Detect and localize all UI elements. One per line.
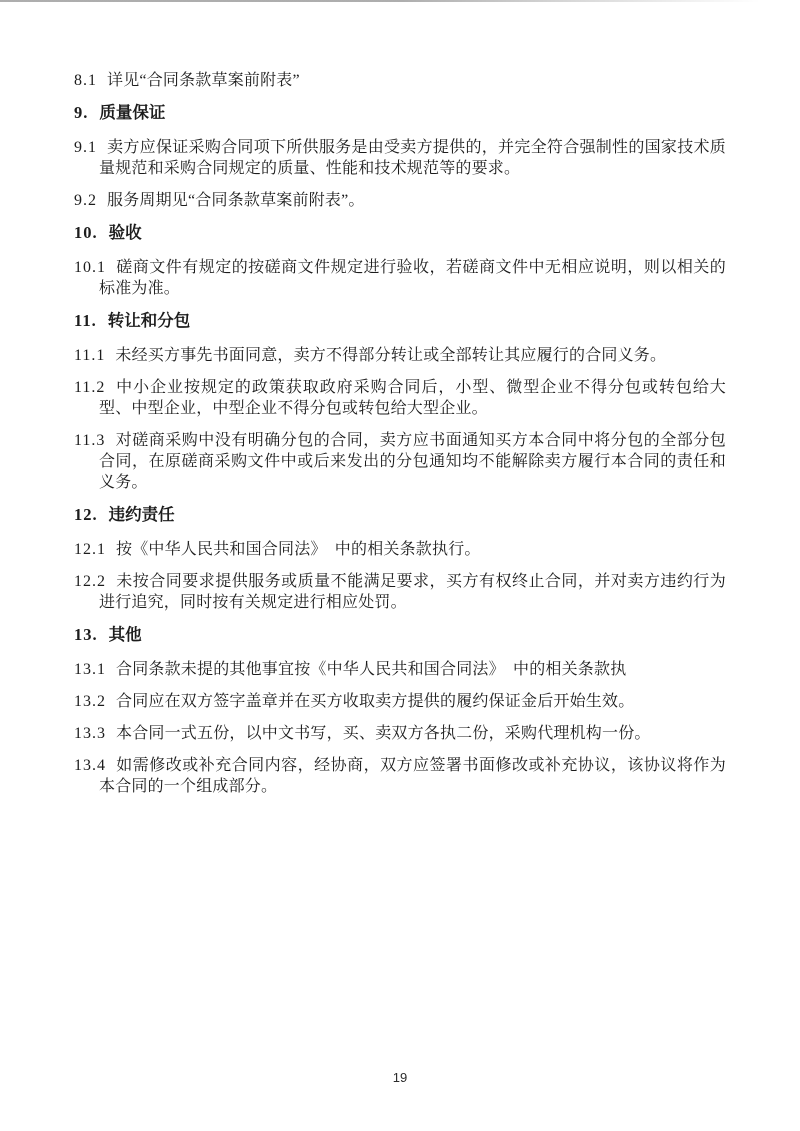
clause-text: 卖方应保证采购合同项下所供服务是由受卖方提供的，并完全符合强制性的国家技术质量规… xyxy=(99,139,726,177)
clause-number: 13.1 xyxy=(74,661,106,678)
contract-terms-content: 8.1详见“合同条款草案前附表”9.质量保证9.1卖方应保证采购合同项下所供服务… xyxy=(74,70,726,808)
clause-number: 13.2 xyxy=(74,693,106,710)
clause-number: 9.1 xyxy=(74,139,97,156)
contract-clause: 9.2服务周期见“合同条款草案前附表”。 xyxy=(74,190,726,211)
contract-clause: 13.3本合同一式五份，以中文书写，买、卖双方各执二份，采购代理机构一份。 xyxy=(74,723,726,744)
section-heading: 11.转让和分包 xyxy=(74,310,726,332)
contract-clause: 13.4如需修改或补充合同内容，经协商，双方应签署书面修改或补充协议，该协议将作… xyxy=(74,755,726,797)
clause-number: 12.1 xyxy=(74,541,106,558)
clause-number: 10.1 xyxy=(74,259,106,276)
section-heading: 10.验收 xyxy=(74,222,726,244)
clause-number: 8.1 xyxy=(74,72,97,89)
clause-text: 对磋商采购中没有明确分包的合同，卖方应书面通知买方本合同中将分包的全部分包合同，… xyxy=(99,432,726,491)
clause-text: 按《中华人民共和国合同法》 中的相关条款执行。 xyxy=(116,541,481,558)
clause-number: 9.2 xyxy=(74,192,97,209)
clause-text: 服务周期见“合同条款草案前附表”。 xyxy=(107,192,365,209)
clause-text: 未经买方事先书面同意，卖方不得部分转让或全部转让其应履行的合同义务。 xyxy=(115,347,666,364)
scan-edge-artifact xyxy=(0,0,800,2)
section-title: 转让和分包 xyxy=(108,312,191,330)
clause-text: 磋商文件有规定的按磋商文件规定进行验收，若磋商文件中无相应说明，则以相关的标准为… xyxy=(99,259,726,297)
clause-text: 如需修改或补充合同内容，经协商，双方应签署书面修改或补充协议，该协议将作为本合同… xyxy=(99,757,726,795)
section-heading: 9.质量保证 xyxy=(74,102,726,124)
clause-number: 12.2 xyxy=(74,573,106,590)
clause-text: 详见“合同条款草案前附表” xyxy=(107,72,300,89)
clause-text: 中小企业按规定的政策获取政府采购合同后，小型、微型企业不得分包或转包给大型、中型… xyxy=(99,379,726,417)
contract-clause: 11.2中小企业按规定的政策获取政府采购合同后，小型、微型企业不得分包或转包给大… xyxy=(74,377,726,419)
clause-number: 11.2 xyxy=(74,379,105,396)
clause-text: 本合同一式五份，以中文书写，买、卖双方各执二份，采购代理机构一份。 xyxy=(116,725,651,742)
contract-document-page: 8.1详见“合同条款草案前附表”9.质量保证9.1卖方应保证采购合同项下所供服务… xyxy=(0,0,800,1131)
section-title: 质量保证 xyxy=(99,104,165,122)
contract-clause: 9.1卖方应保证采购合同项下所供服务是由受卖方提供的，并完全符合强制性的国家技术… xyxy=(74,137,726,179)
page-number: 19 xyxy=(393,1070,407,1085)
contract-clause: 8.1详见“合同条款草案前附表” xyxy=(74,70,726,91)
section-title: 违约责任 xyxy=(109,506,175,524)
clause-text: 合同条款未提的其他事宜按《中华人民共和国合同法》 中的相关条款执 xyxy=(116,661,626,678)
section-number: 9. xyxy=(74,103,88,122)
contract-clause: 13.2合同应在双方签字盖章并在买方收取卖方提供的履约保证金后开始生效。 xyxy=(74,691,726,712)
clause-number: 11.1 xyxy=(74,347,105,364)
section-number: 13. xyxy=(74,625,98,644)
clause-text: 合同应在双方签字盖章并在买方收取卖方提供的履约保证金后开始生效。 xyxy=(116,693,634,710)
section-title: 验收 xyxy=(109,224,142,242)
page-footer: 19 xyxy=(0,1070,800,1085)
contract-clause: 12.2未按合同要求提供服务或质量不能满足要求，买方有权终止合同，并对卖方违约行… xyxy=(74,571,726,613)
contract-clause: 10.1磋商文件有规定的按磋商文件规定进行验收，若磋商文件中无相应说明，则以相关… xyxy=(74,257,726,299)
contract-clause: 11.3对磋商采购中没有明确分包的合同，卖方应书面通知买方本合同中将分包的全部分… xyxy=(74,430,726,493)
section-number: 11. xyxy=(74,311,97,330)
section-heading: 12.违约责任 xyxy=(74,504,726,526)
section-number: 10. xyxy=(74,223,98,242)
section-number: 12. xyxy=(74,505,98,524)
contract-clause: 13.1合同条款未提的其他事宜按《中华人民共和国合同法》 中的相关条款执 xyxy=(74,659,726,680)
clause-number: 11.3 xyxy=(74,432,105,449)
contract-clause: 12.1按《中华人民共和国合同法》 中的相关条款执行。 xyxy=(74,539,726,560)
section-heading: 13.其他 xyxy=(74,624,726,646)
section-title: 其他 xyxy=(109,626,142,644)
clause-text: 未按合同要求提供服务或质量不能满足要求，买方有权终止合同，并对卖方违约行为进行追… xyxy=(99,573,726,611)
clause-number: 13.3 xyxy=(74,725,106,742)
contract-clause: 11.1未经买方事先书面同意，卖方不得部分转让或全部转让其应履行的合同义务。 xyxy=(74,345,726,366)
clause-number: 13.4 xyxy=(74,757,106,774)
